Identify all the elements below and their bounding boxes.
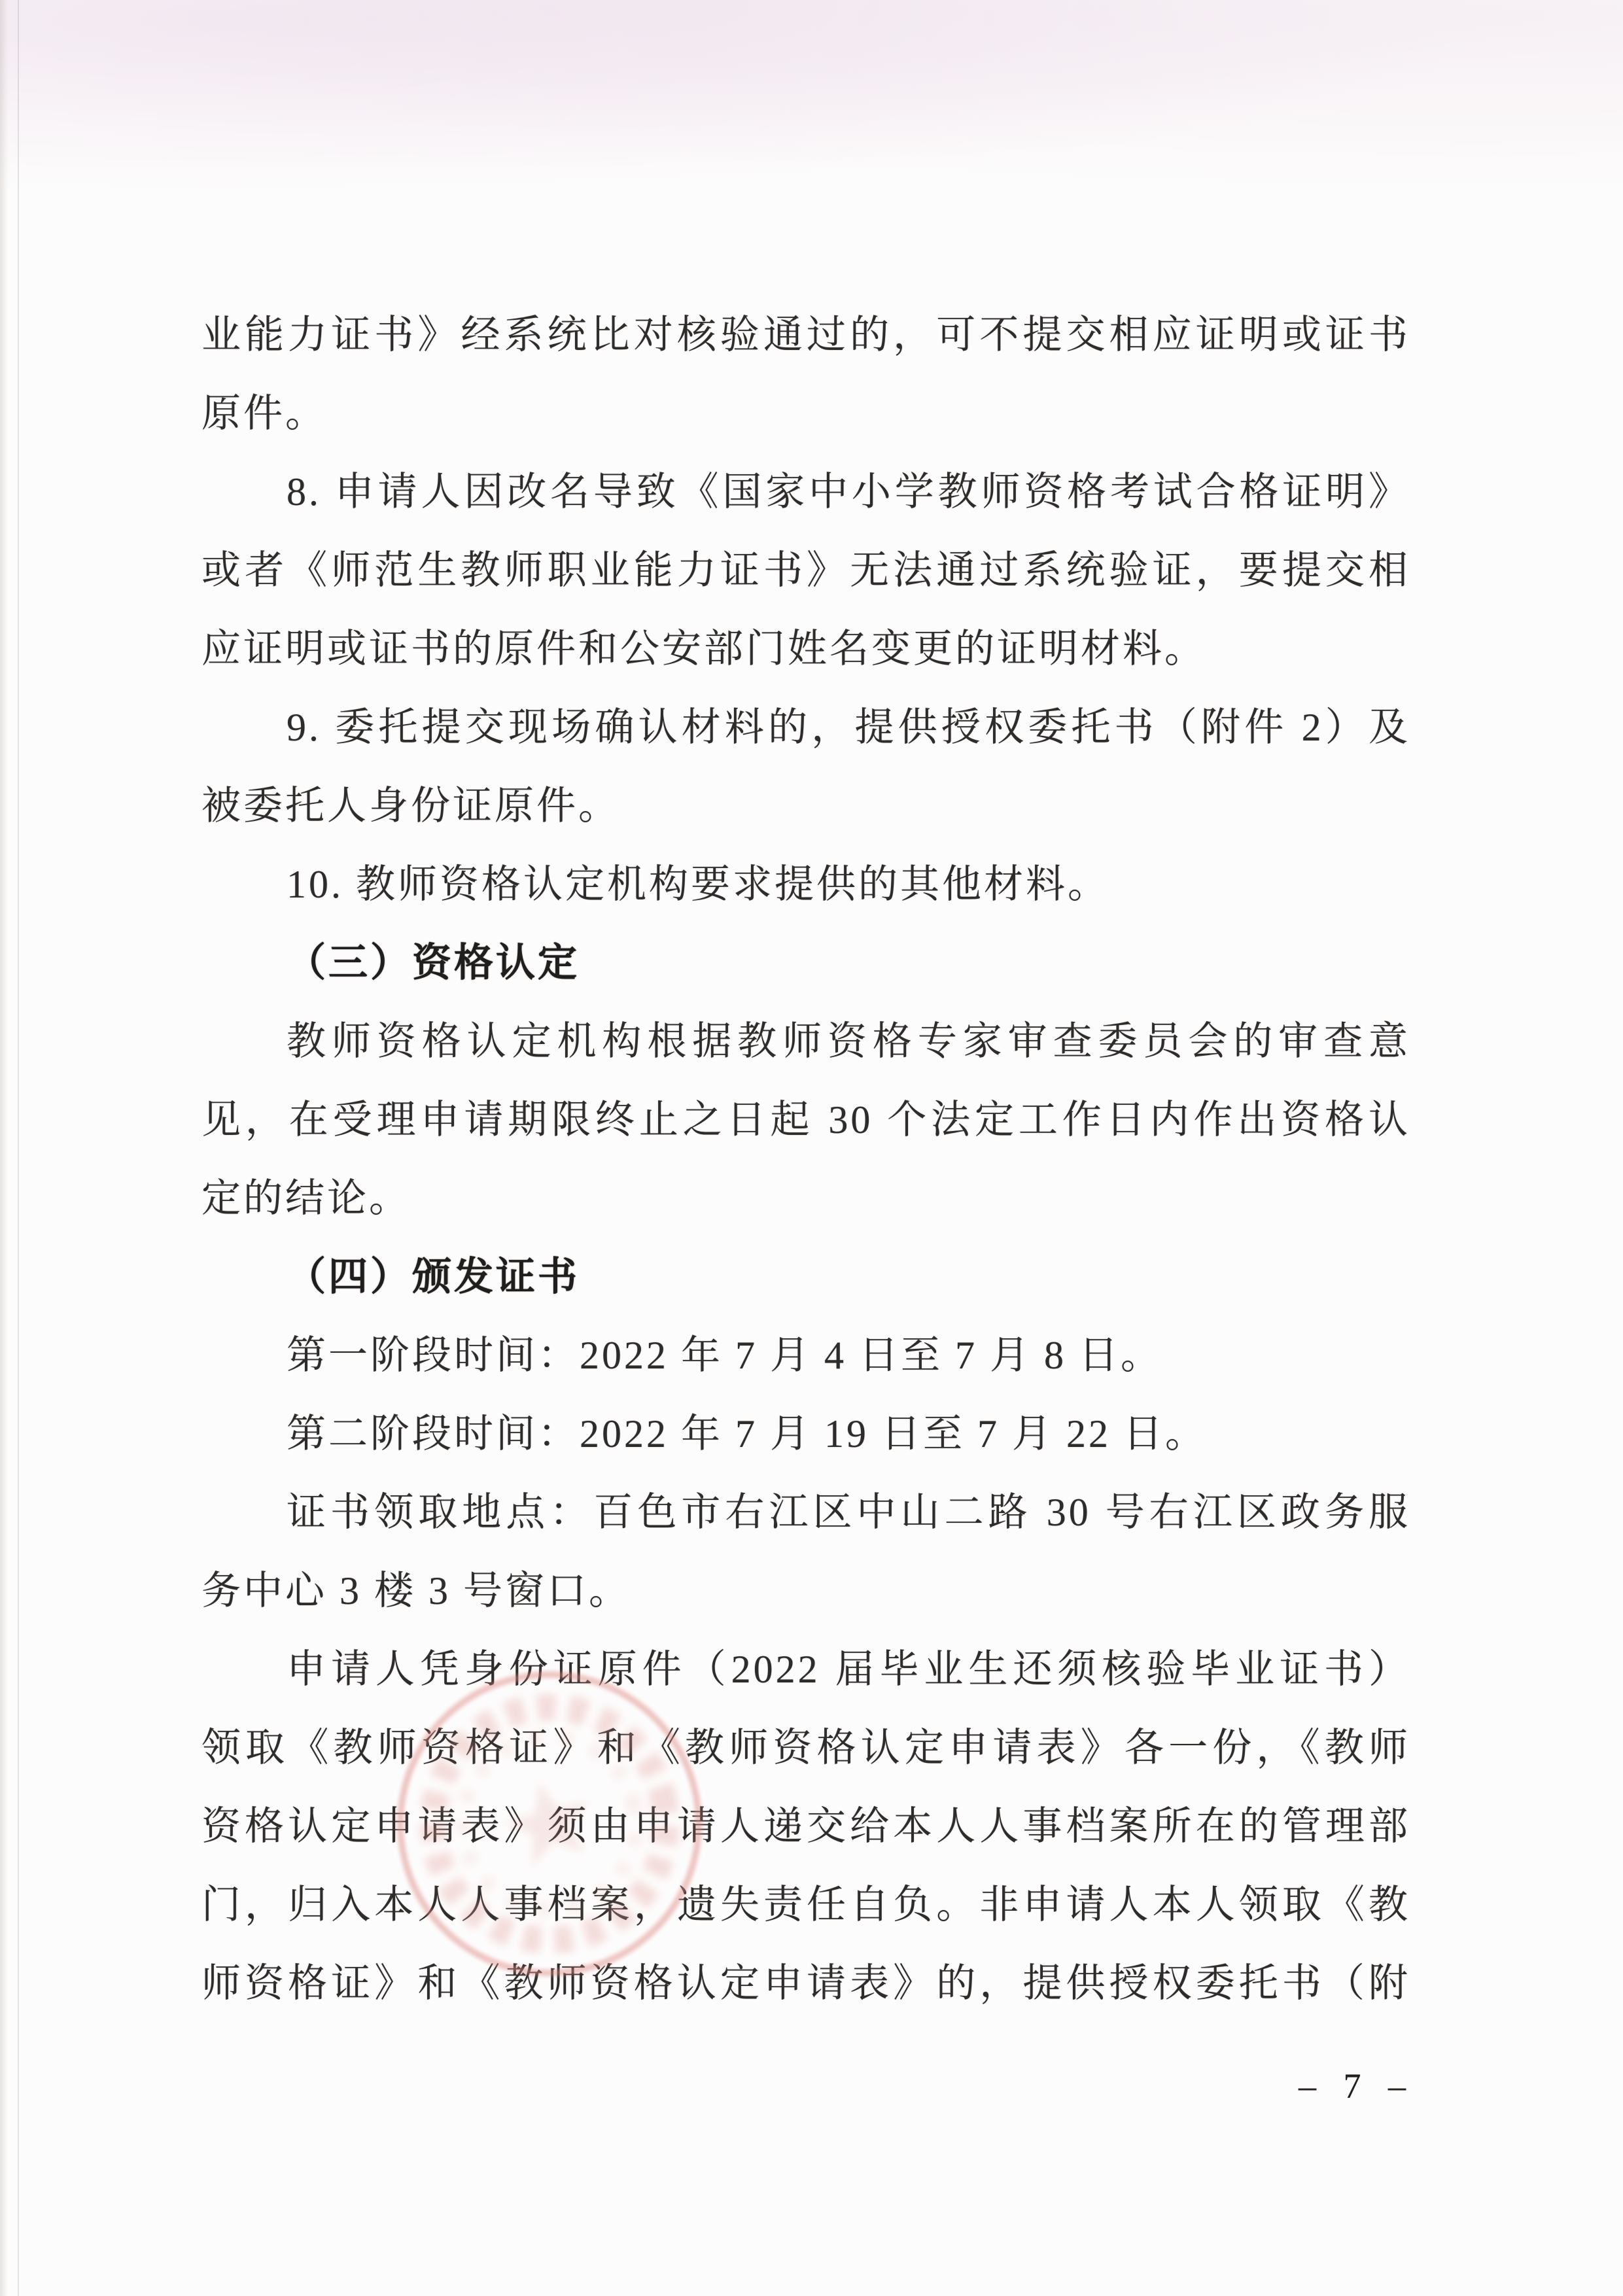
text-line: 申请人凭身份证原件（2022 届毕业生还须核验毕业证书） xyxy=(201,1630,1410,1709)
text-line: 应证明或证书的原件和公安部门姓名变更的证明材料。 xyxy=(201,610,1410,688)
section-heading: （三）资格认定 xyxy=(201,924,1410,1002)
page-number: – 7 – xyxy=(1299,2066,1415,2106)
section-heading: （四）颁发证书 xyxy=(201,1238,1410,1316)
scan-artifact-left-edge xyxy=(0,0,9,2296)
document-body: 业能力证书》经系统比对核验通过的，可不提交相应证明或证书 原件。 8. 申请人因… xyxy=(201,296,1410,2023)
text-line: 被委托人身份证原件。 xyxy=(201,767,1410,845)
text-line: 师资格证》和《教师资格认定申请表》的，提供授权委托书（附 xyxy=(201,1944,1410,2023)
text-line: 或者《师范生教师职业能力证书》无法通过系统验证，要提交相 xyxy=(201,531,1410,610)
text-line: 领取《教师资格证》和《教师资格认定申请表》各一份，《教师 xyxy=(201,1709,1410,1787)
text-line: 第一阶段时间：2022 年 7 月 4 日至 7 月 8 日。 xyxy=(201,1316,1410,1395)
text-line: 证书领取地点：百色市右江区中山二路 30 号右江区政务服 xyxy=(201,1473,1410,1552)
text-line: 定的结论。 xyxy=(201,1159,1410,1238)
text-line: 资格认定申请表》须由申请人递交给本人人事档案所在的管理部 xyxy=(201,1787,1410,1866)
text-line: 见，在受理申请期限终止之日起 30 个法定工作日内作出资格认 xyxy=(201,1081,1410,1159)
text-line: 8. 申请人因改名导致《国家中小学教师资格考试合格证明》 xyxy=(201,453,1410,531)
text-line: 教师资格认定机构根据教师资格专家审查委员会的审查意 xyxy=(201,1002,1410,1081)
text-line: 10. 教师资格认定机构要求提供的其他材料。 xyxy=(201,845,1410,924)
text-line: 务中心 3 楼 3 号窗口。 xyxy=(201,1552,1410,1630)
text-line: 第二阶段时间：2022 年 7 月 19 日至 7 月 22 日。 xyxy=(201,1395,1410,1473)
scan-artifact-top-tint xyxy=(0,0,1623,209)
text-line: 门，归入本人人事档案，遗失责任自负。非申请人本人领取《教 xyxy=(201,1866,1410,1944)
text-line: 9. 委托提交现场确认材料的，提供授权委托书（附件 2）及 xyxy=(201,688,1410,767)
text-line: 业能力证书》经系统比对核验通过的，可不提交相应证明或证书 xyxy=(201,296,1410,374)
scan-artifact-edge-line xyxy=(18,0,19,2296)
text-line: 原件。 xyxy=(201,374,1410,453)
